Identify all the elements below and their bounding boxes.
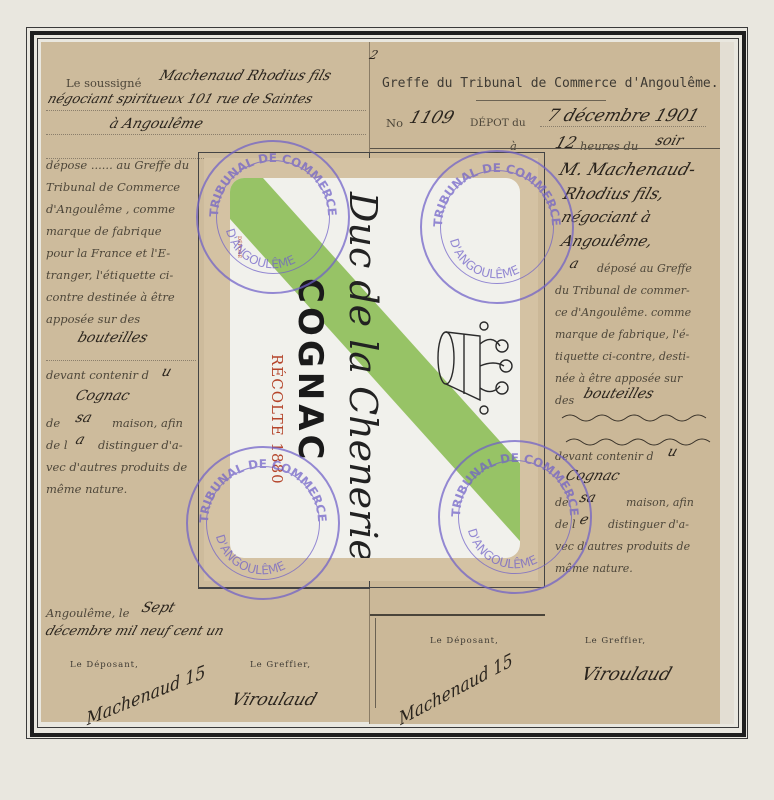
applicant-name: Machenaud Rhodius fils [157, 68, 333, 84]
number-handwritten: 1109 [407, 108, 457, 128]
distinguish-suffix: distinguer d'a- [608, 514, 689, 536]
svg-text:TRIBUNAL DE COMMERCE: TRIBUNAL DE COMMERCE [207, 151, 339, 217]
content-handwritten: Cognac [73, 388, 132, 404]
deposit-label: DÉPOT du [470, 112, 526, 134]
body-line: d'Angoulême , comme [46, 198, 175, 220]
number-label: No [386, 112, 403, 134]
court-stamp: TRIBUNAL DE COMMERCE D'ANGOULÊME [186, 446, 340, 600]
deposit-date: 7 décembre 1901 [545, 106, 702, 126]
body-line: contre destinée à être [46, 286, 175, 308]
stamp-top-text: TRIBUNAL DE COMMERCE [449, 451, 581, 517]
registry-header: Greffe du Tribunal de Commerce d'Angoulê… [382, 76, 719, 91]
house-suffix: maison, afin [626, 492, 694, 514]
svg-text:D'ANGOULÊME: D'ANGOULÊME [223, 227, 297, 272]
house-prefix: de [46, 412, 60, 434]
body-line: du Tribunal de commer- [555, 280, 690, 302]
applicant-occupation: négociant spiritueux 101 rue de Saintes [46, 92, 315, 107]
body-line: Tribunal de Commerce [46, 176, 180, 198]
body-line: apposée sur des [46, 308, 140, 330]
court-stamp: TRIBUNAL DE COMMERCE D'ANGOULÊME [420, 150, 574, 304]
body-line: marque de fabrique [46, 220, 162, 242]
body-line: ce d'Angoulême. comme [555, 302, 691, 324]
stamp-top-text: TRIBUNAL DE COMMERCE [207, 151, 339, 217]
intro-label: Le soussigné [66, 72, 141, 94]
stamp-bottom-text: D'ANGOULÊME [447, 237, 521, 282]
right-margin-strip [720, 42, 734, 724]
svg-text:D'ANGOULÊME: D'ANGOULÊME [447, 237, 521, 282]
goods-prefix: des [555, 390, 574, 412]
place-date-line1: Sept [139, 600, 177, 616]
svg-text:D'ANGOULÊME: D'ANGOULÊME [465, 527, 539, 572]
stamp-bottom-text: D'ANGOULÊME [223, 227, 297, 272]
body-line: tiquette ci-contre, desti- [555, 346, 690, 368]
distinguish-suffix: distinguer d'a- [98, 434, 183, 456]
clerk-label: Le Greffier, [585, 636, 646, 646]
applicant-city: à Angoulême [107, 116, 205, 132]
body-line: dépose ...... au Greffe du [46, 154, 189, 176]
court-stamp: TRIBUNAL DE COMMERCE D'ANGOULÊME [438, 440, 592, 594]
stamp-top-text: TRIBUNAL DE COMMERCE [197, 457, 329, 523]
clerk-label: Le Greffier, [250, 660, 311, 670]
registrant-line2: Rhodius fils, [561, 184, 667, 203]
svg-text:TRIBUNAL DE COMMERCE: TRIBUNAL DE COMMERCE [431, 161, 563, 227]
clerk-signature: Viroulaud [579, 664, 675, 685]
place-date-label: Angoulême, le [46, 602, 129, 624]
body-line: déposé au Greffe [597, 258, 692, 280]
stamp-bottom-text: D'ANGOULÊME [465, 527, 539, 572]
svg-text:TRIBUNAL DE COMMERCE: TRIBUNAL DE COMMERCE [197, 457, 329, 523]
product-name: COGNAC [290, 278, 330, 463]
body-line: marque de fabrique, l'é- [555, 324, 689, 346]
crown-emblem-icon [424, 318, 514, 418]
depositor-label: Le Déposant, [430, 636, 499, 646]
house-suffix: maison, afin [112, 412, 183, 434]
depositor-label: Le Déposant, [70, 660, 139, 670]
registrant-line1: M. Machenaud- [557, 160, 698, 180]
time-label: heures du [580, 135, 638, 157]
svg-text:TRIBUNAL DE COMMERCE: TRIBUNAL DE COMMERCE [449, 451, 581, 517]
time-period: soir [653, 133, 685, 149]
closing-line: vec d'autres produits de [46, 456, 187, 478]
closing-line: même nature. [46, 478, 127, 500]
place-date-line2: décembre mil neuf cent un [44, 624, 226, 639]
court-stamp: TRIBUNAL DE COMMERCE D'ANGOULÊME [196, 140, 350, 294]
stamp-top-text: TRIBUNAL DE COMMERCE [431, 161, 563, 227]
clerk-signature: Viroulaud [229, 690, 320, 710]
distinguish-prefix: de l [46, 434, 68, 456]
body-line: pour la France et l'E- [46, 242, 170, 264]
stamp-bottom-text: D'ANGOULÊME [213, 533, 287, 578]
svg-text:D'ANGOULÊME: D'ANGOULÊME [213, 533, 287, 578]
content-label: devant contenir d [46, 364, 149, 386]
body-line: tranger, l'étiquette ci- [46, 264, 173, 286]
goods-handwritten: bouteilles [581, 386, 655, 402]
goods-handwritten: bouteilles [75, 330, 149, 346]
